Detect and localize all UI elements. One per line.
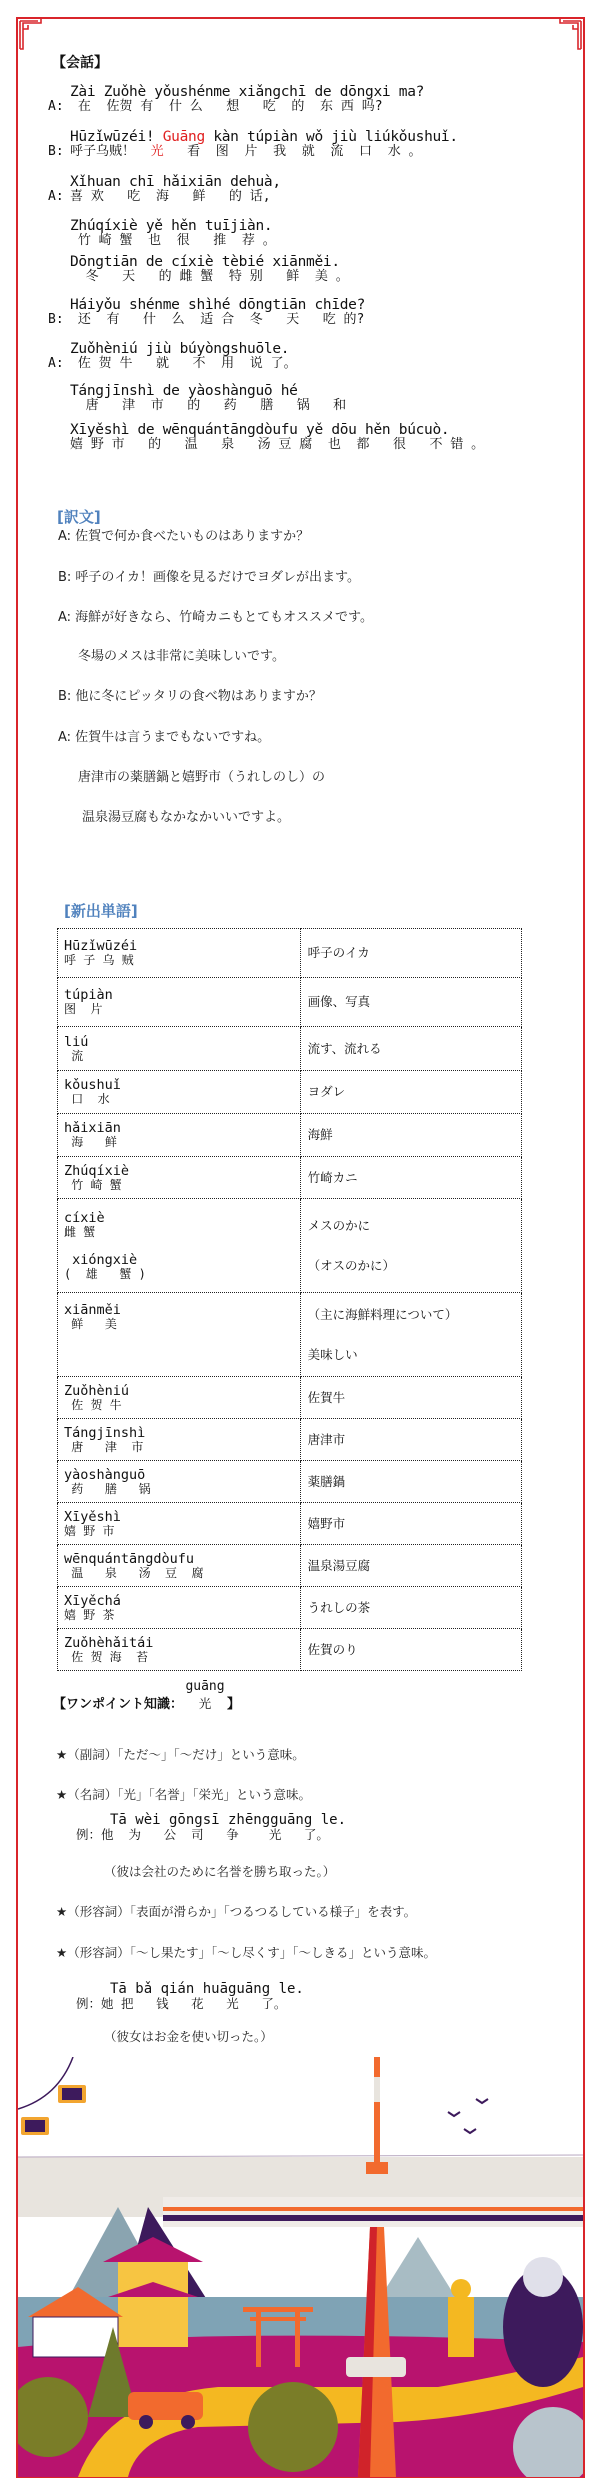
- table-row: liú 流 流す、流れる: [58, 1027, 522, 1071]
- speaker-label: B:: [48, 145, 70, 159]
- vocab-meaning: 嬉野市: [308, 1514, 514, 1534]
- vocab-word-cell: xiānměi 鲜 美: [58, 1293, 301, 1377]
- vocab-meaning: 呼子のイカ: [308, 943, 514, 963]
- vocab-meaning-cell: 佐賀のり: [300, 1629, 521, 1671]
- vocab-meaning: メスのかに: [308, 1216, 514, 1236]
- vocab-hanzi: 流: [64, 1050, 294, 1063]
- vocab-hanzi: 温 泉 汤 豆 腐: [64, 1567, 294, 1580]
- vocab-word-cell: wēnquántāngdòufu 温 泉 汤 豆 腐: [58, 1545, 301, 1587]
- pinyin-text: Háiyǒu shénme shìhé dōngtiān chīde?: [70, 297, 365, 313]
- grammar-bullet: ★（形容詞）「～し果たす」「～し尽くす」「～しきる」という意味。: [56, 1943, 436, 1961]
- hanzi-text: 喜 欢 吃 海 鲜 的 话,: [70, 189, 271, 204]
- hanzi-text: 嬉 野 市 的 温 泉 汤 豆 腐 也 都 很 不 错 。: [70, 437, 484, 452]
- vocab-meaning: 海鮮: [308, 1125, 514, 1145]
- japan-landmarks-illustration: [18, 2057, 583, 2477]
- example-translation: （彼女はお金を使い切った。）: [104, 2027, 273, 2045]
- vocab-meaning-cell: メスのかに （オスのかに）: [300, 1199, 521, 1293]
- vocab-meaning-cell: 呼子のイカ: [300, 929, 521, 978]
- example-translation: （彼は会社のために名誉を勝ち取った。）: [104, 1862, 335, 1880]
- vocab-pinyin: Zuǒhèhǎitái: [64, 1636, 294, 1651]
- vocab-pinyin: Zhúqíxiè: [64, 1164, 294, 1179]
- vocab-meaning-cell: 佐賀牛: [300, 1377, 521, 1419]
- highlight-hanzi: 光: [143, 144, 172, 159]
- vocab-hanzi: 药 膳 锅: [64, 1483, 294, 1496]
- vocab-meaning: 佐賀牛: [308, 1388, 514, 1408]
- vocabulary-heading: [新出単語]: [64, 900, 138, 921]
- vocab-pinyin: túpiàn: [64, 988, 294, 1003]
- dialogue-line: Zhúqíxiè yě hěn tuījiàn. 竹 崎 蟹 也 很 推 荐 。: [48, 218, 276, 248]
- dialogue-line: Hūzǐwūzéi! Guāng kàn túpiàn wǒ jiù liúkǒ…: [48, 129, 458, 159]
- speaker-label: A:: [48, 357, 70, 371]
- vocab-hanzi: 呼 子 乌 贼: [64, 954, 294, 967]
- pinyin-text: Dōngtiān de cíxiè tèbié xiānměi.: [70, 254, 340, 270]
- vocab-hanzi: 嬉 野 市: [64, 1525, 294, 1538]
- dialogue-line: Tángjīnshì de yàoshànguō hé 唐 津 市 的 药 膳 …: [48, 383, 346, 413]
- table-row: cíxiè雌 蟹 xióngxiè( 雄 蟹 ) メスのかに （オスのかに）: [58, 1199, 522, 1293]
- vocab-meaning-cell: うれしの茶: [300, 1587, 521, 1629]
- vocab-pinyin: Tángjīnshì: [64, 1426, 294, 1441]
- vocab-meaning-cell: 薬膳鍋: [300, 1461, 521, 1503]
- pinyin-text: Xīyěshì de wēnquántāngdòufu yě dōu hěn b…: [70, 422, 449, 438]
- grammar-heading-suffix: 】: [227, 1697, 240, 1712]
- vocab-pinyin: liú: [64, 1035, 294, 1050]
- vocab-meaning: 唐津市: [308, 1430, 514, 1450]
- table-row: Zuǒhèniú 佐 贺 牛 佐賀牛: [58, 1377, 522, 1419]
- pinyin-text: kàn túpiàn wǒ jiù liúkǒushuǐ.: [205, 129, 458, 145]
- ruby-hanzi: 光: [199, 1696, 212, 1711]
- hanzi-text: 看 图 片 我 就 流 口 水 。: [171, 144, 421, 159]
- vocab-pinyin: yàoshànguō: [64, 1468, 294, 1483]
- hanzi-text: 还 有 什 么 适 合 冬 天 吃 的?: [70, 312, 364, 327]
- vocab-word-cell: Tángjīnshì 唐 津 市: [58, 1419, 301, 1461]
- grammar-heading-prefix: 【ワンポイント知識：: [53, 1697, 183, 1712]
- grammar-bullet: ★（副詞）「ただ～」「～だけ」という意味。: [56, 1745, 305, 1763]
- table-row: Xīyěshì嬉 野 市 嬉野市: [58, 1503, 522, 1545]
- translation-line: A: 海鮮が好きなら、竹崎カニもとてもオススメです。: [58, 606, 373, 625]
- frame-corner-ornament-icon: [16, 17, 42, 53]
- vocab-meaning: （主に海鮮料理について）: [308, 1305, 514, 1325]
- pinyin-text: Tángjīnshì de yàoshànguō hé: [70, 383, 298, 399]
- translation-line: 唐津市の薬膳鍋と嬉野市（うれしのし）の: [78, 766, 325, 785]
- table-row: Tángjīnshì 唐 津 市 唐津市: [58, 1419, 522, 1461]
- vocab-hanzi: 竹 崎 蟹: [64, 1179, 294, 1192]
- vocab-meaning: 温泉湯豆腐: [308, 1556, 514, 1576]
- ruby-pinyin: guāng: [183, 1679, 227, 1694]
- dialogue-line: Xīyěshì de wēnquántāngdòufu yě dōu hěn b…: [48, 422, 484, 452]
- speaker-label: A:: [48, 100, 70, 114]
- vocab-hanzi: 唐 津 市: [64, 1441, 294, 1454]
- vocab-hanzi-alt: ( 雄 蟹 ): [64, 1268, 294, 1281]
- conversation-heading: 【会話】: [52, 52, 108, 72]
- vocab-hanzi: 佐 贺 牛: [64, 1399, 294, 1412]
- translation-line: A: 佐賀で何か食べたいものはありますか？: [58, 525, 309, 544]
- translation-line: 冬場のメスは非常に美味しいです。: [78, 645, 285, 664]
- frame-corner-ornament-icon: [559, 17, 585, 53]
- pinyin-text: Zhúqíxiè yě hěn tuījiàn.: [70, 218, 272, 234]
- vocab-pinyin: kǒushuǐ: [64, 1078, 294, 1093]
- translation-heading: [訳文]: [57, 506, 101, 527]
- vocab-meaning: 薬膳鍋: [308, 1472, 514, 1492]
- vocab-meaning: 画像、写真: [308, 992, 514, 1012]
- example-hanzi: 例：她 把 钱 花 光 了。: [76, 1997, 304, 2011]
- example-pinyin: Tā bǎ qián huāguāng le.: [76, 1982, 304, 1997]
- vocab-meaning: 竹崎カニ: [308, 1168, 514, 1188]
- vocab-pinyin: Hūzǐwūzéi: [64, 939, 294, 954]
- vocab-pinyin: cíxiè: [64, 1211, 294, 1226]
- vocab-word-cell: túpiàn图 片: [58, 978, 301, 1027]
- example-pinyin: Tā wèi gōngsī zhēngguāng le.: [76, 1813, 346, 1828]
- table-row: túpiàn图 片 画像、写真: [58, 978, 522, 1027]
- dialogue-line: Háiyǒu shénme shìhé dōngtiān chīde? B: 还…: [48, 297, 365, 327]
- vocab-meaning-cell: （主に海鮮料理について） 美味しい: [300, 1293, 521, 1377]
- table-row: Zuǒhèhǎitái 佐 贺 海 苔 佐賀のり: [58, 1629, 522, 1671]
- vocab-meaning-cell: ヨダレ: [300, 1071, 521, 1114]
- table-row: wēnquántāngdòufu 温 泉 汤 豆 腐 温泉湯豆腐: [58, 1545, 522, 1587]
- vocab-word-cell: Xīyěshì嬉 野 市: [58, 1503, 301, 1545]
- pinyin-text: Xǐhuan chī hǎixiān dehuà,: [70, 174, 281, 190]
- vocab-pinyin: Xīyěshì: [64, 1510, 294, 1525]
- dialogue-line: Xǐhuan chī hǎixiān dehuà, A:喜 欢 吃 海 鲜 的 …: [48, 174, 281, 204]
- vocab-pinyin: hǎixiān: [64, 1121, 294, 1136]
- vocab-word-cell: liú 流: [58, 1027, 301, 1071]
- dialogue-line: Zài Zuǒhè yǒushénme xiǎngchī de dōngxi m…: [48, 84, 424, 114]
- hanzi-text: 佐 贺 牛 就 不 用 说 了。: [70, 356, 297, 371]
- table-row: Xīyěchá嬉 野 茶 うれしの茶: [58, 1587, 522, 1629]
- translation-line: 温泉湯豆腐もなかなかいいですよ。: [82, 806, 290, 825]
- grammar-bullet: ★（名詞）「光」「名誉」「栄光」という意味。: [56, 1785, 311, 1803]
- hanzi-text: 呼子乌贼！: [70, 144, 143, 159]
- hanzi-text: 唐 津 市 的 药 膳 锅 和: [70, 398, 346, 413]
- hanzi-text: 在 佐贺 有 什 么 想 吃 的 东 西 吗?: [70, 99, 383, 114]
- vocab-meaning: 佐賀のり: [308, 1640, 514, 1660]
- ruby-word: guāng光: [183, 1694, 227, 1712]
- table-row: kǒushuǐ 口 水 ヨダレ: [58, 1071, 522, 1114]
- vocab-pinyin: Zuǒhèniú: [64, 1384, 294, 1399]
- example-sentence: Tā wèi gōngsī zhēngguāng le. 例：他 为 公 司 争…: [76, 1813, 346, 1842]
- dialogue-line: Dōngtiān de cíxiè tèbié xiānměi. 冬 天 的 雌…: [48, 254, 349, 284]
- pinyin-text: Zài Zuǒhè yǒushénme xiǎngchī de dōngxi m…: [70, 84, 424, 100]
- vocab-word-cell: Zuǒhèniú 佐 贺 牛: [58, 1377, 301, 1419]
- table-row: hǎixiān 海 鲜 海鮮: [58, 1114, 522, 1157]
- hanzi-text: 竹 崎 蟹 也 很 推 荐 。: [70, 233, 276, 248]
- vocab-word-cell: yàoshànguō 药 膳 锅: [58, 1461, 301, 1503]
- speaker-label: B:: [48, 313, 70, 327]
- vocab-word-cell: cíxiè雌 蟹 xióngxiè( 雄 蟹 ): [58, 1199, 301, 1293]
- grammar-bullet: ★（形容詞）「表面が滑らか」「つるつるしている様子」を表す。: [56, 1902, 416, 1920]
- pinyin-text: Hūzǐwūzéi!: [70, 129, 163, 145]
- translation-line: B: 呼子のイカ！画像を見るだけでヨダレが出ます。: [58, 566, 360, 585]
- dialogue-line: Zuǒhèniú jiù búyòngshuōle. A: 佐 贺 牛 就 不 …: [48, 341, 297, 371]
- example-sentence: Tā bǎ qián huāguāng le. 例：她 把 钱 花 光 了。: [76, 1982, 304, 2011]
- vocab-hanzi: 佐 贺 海 苔: [64, 1651, 294, 1664]
- vocab-word-cell: Xīyěchá嬉 野 茶: [58, 1587, 301, 1629]
- vocab-word-cell: kǒushuǐ 口 水: [58, 1071, 301, 1114]
- table-row: xiānměi 鲜 美 （主に海鮮料理について） 美味しい: [58, 1293, 522, 1377]
- vocab-meaning-cell: 画像、写真: [300, 978, 521, 1027]
- highlight-pinyin: Guāng: [163, 129, 205, 145]
- vocab-word-cell: Hūzǐwūzéi呼 子 乌 贼: [58, 929, 301, 978]
- vocab-hanzi: 口 水: [64, 1093, 294, 1106]
- vocab-word-cell: Zhúqíxiè 竹 崎 蟹: [58, 1157, 301, 1199]
- translation-line: B: 他に冬にピッタリの食べ物はありますか？: [58, 685, 322, 704]
- hanzi-text: 冬 天 的 雌 蟹 特 别 鲜 美 。: [70, 269, 349, 284]
- vocab-meaning: 流す、流れる: [308, 1039, 514, 1059]
- table-row: Hūzǐwūzéi呼 子 乌 贼 呼子のイカ: [58, 929, 522, 978]
- vocab-meaning: うれしの茶: [308, 1598, 514, 1618]
- pinyin-text: Zuǒhèniú jiù búyòngshuōle.: [70, 341, 289, 357]
- vocab-meaning-alt: （オスのかに）: [308, 1256, 514, 1276]
- speaker-label: A:: [48, 190, 70, 204]
- translation-line: A: 佐賀牛は言うまでもないですね。: [58, 726, 270, 745]
- vocab-hanzi: 海 鲜: [64, 1136, 294, 1149]
- vocab-meaning-cell: 竹崎カニ: [300, 1157, 521, 1199]
- vocab-meaning-alt: 美味しい: [308, 1345, 514, 1365]
- table-row: yàoshànguō 药 膳 锅 薬膳鍋: [58, 1461, 522, 1503]
- vocab-pinyin-alt: xióngxiè: [64, 1253, 294, 1268]
- vocab-meaning: ヨダレ: [308, 1082, 514, 1102]
- vocab-meaning-cell: 嬉野市: [300, 1503, 521, 1545]
- vocab-meaning-cell: 温泉湯豆腐: [300, 1545, 521, 1587]
- vocab-hanzi: 嬉 野 茶: [64, 1609, 294, 1622]
- grammar-heading: 【ワンポイント知識：guāng光】: [53, 1693, 240, 1712]
- vocab-pinyin: wēnquántāngdòufu: [64, 1552, 294, 1567]
- table-row: Zhúqíxiè 竹 崎 蟹 竹崎カニ: [58, 1157, 522, 1199]
- vocab-meaning-cell: 海鮮: [300, 1114, 521, 1157]
- vocab-pinyin: xiānměi: [64, 1303, 294, 1318]
- vocab-meaning-cell: 流す、流れる: [300, 1027, 521, 1071]
- vocab-word-cell: hǎixiān 海 鲜: [58, 1114, 301, 1157]
- example-hanzi: 例：他 为 公 司 争 光 了。: [76, 1828, 346, 1842]
- vocab-pinyin: Xīyěchá: [64, 1594, 294, 1609]
- vocab-word-cell: Zuǒhèhǎitái 佐 贺 海 苔: [58, 1629, 301, 1671]
- vocab-hanzi: 鲜 美: [64, 1318, 294, 1331]
- vocabulary-table: Hūzǐwūzéi呼 子 乌 贼 呼子のイカ túpiàn图 片 画像、写真 l…: [57, 928, 522, 1671]
- vocab-hanzi: 雌 蟹: [64, 1226, 294, 1239]
- vocab-meaning-cell: 唐津市: [300, 1419, 521, 1461]
- vocab-hanzi: 图 片: [64, 1003, 294, 1016]
